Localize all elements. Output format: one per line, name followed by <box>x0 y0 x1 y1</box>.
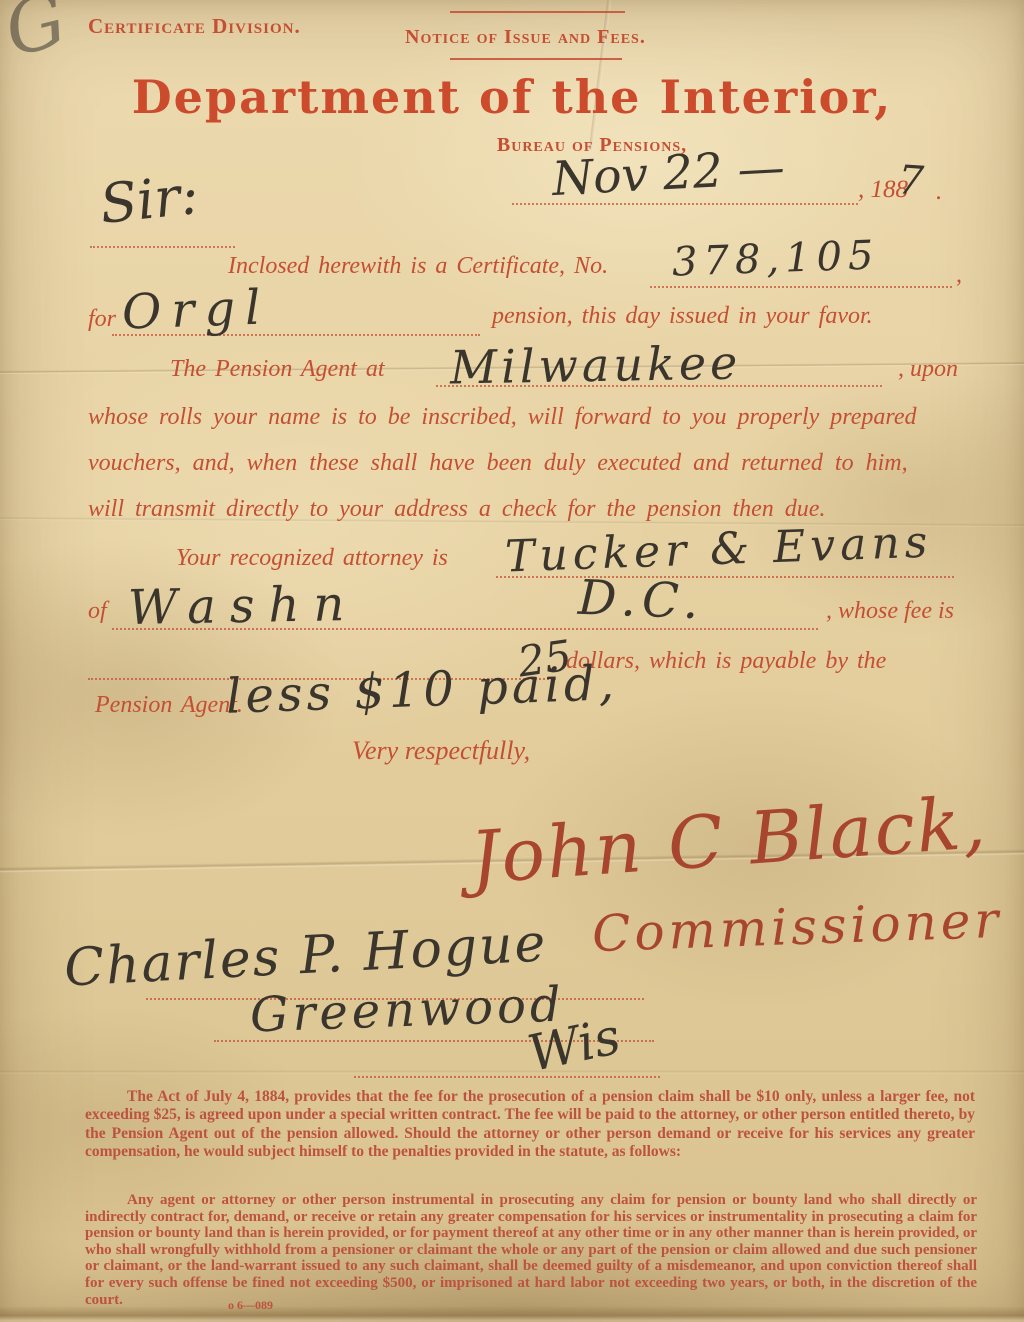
certificate-number-line <box>650 286 952 288</box>
closing-text: Very respectfully, <box>352 736 530 766</box>
attorney-label: Your recognized attorney is <box>176 545 448 572</box>
body-line-inclosed: Inclosed herewith is a Certificate, No. <box>228 253 608 280</box>
pension-type-handwritten: Orgl <box>121 279 271 340</box>
whose-fee-text: , whose fee is <box>826 598 954 625</box>
date-year-handwritten: 7 <box>896 157 925 205</box>
certificate-number: 378,105 <box>671 232 880 285</box>
attorney-state-handwritten: D.C. <box>577 570 705 630</box>
notice-heading: Notice of Issue and Fees. <box>405 26 646 49</box>
crease-line <box>0 1070 1024 1074</box>
agent-city-handwritten: Milwaukee <box>450 335 742 394</box>
paper-bottom-fold <box>0 1306 1024 1322</box>
legal-paragraph-1-text: The Act of July 4, 1884, provides that t… <box>85 1088 975 1162</box>
attorney-city-handwritten: Washn <box>128 576 359 636</box>
commissioner-signature: John C Black, <box>468 780 990 900</box>
margin-mark: G <box>0 0 75 74</box>
recipient-city: Greenwood <box>249 977 565 1044</box>
salutation-underline <box>90 246 235 248</box>
recipient-state-line <box>354 1076 660 1078</box>
attorney-name-handwritten: Tucker & Evans <box>504 517 933 583</box>
commissioner-title: Commissioner <box>591 891 1003 963</box>
legal-paragraph-1: The Act of July 4, 1884, provides that t… <box>85 1088 975 1162</box>
document-page: G Certificate Division. Notice of Issue … <box>0 0 1024 1322</box>
division-heading: Certificate Division. <box>88 14 301 39</box>
paragraph-line-4: will transmit directly to your address a… <box>88 496 825 523</box>
legal-paragraph-2-text: Any agent or attorney or other person in… <box>85 1192 977 1308</box>
for-label: for <box>88 306 116 333</box>
paragraph-line-3: vouchers, and, when these shall have bee… <box>88 450 908 477</box>
salutation: Sir: <box>97 163 201 236</box>
date-period: . <box>936 178 942 206</box>
printed-comma: , <box>956 262 962 289</box>
of-label: of <box>88 598 107 625</box>
notice-rule-bottom <box>450 58 622 60</box>
pension-issued-text: pension, this day issued in your favor. <box>492 303 873 330</box>
fee-note-handwritten: less $10 paid, <box>225 655 619 725</box>
pension-agent2-label: Pension Agent. <box>95 692 243 719</box>
notice-rule-top <box>450 11 625 13</box>
doc-title: Department of the Interior, <box>0 70 1024 124</box>
form-number: o 6—089 <box>228 1298 273 1313</box>
pension-agent-label: The Pension Agent at <box>170 356 385 383</box>
paragraph-line-2: whose rolls your name is to be inscribed… <box>88 404 917 431</box>
legal-paragraph-2: Any agent or attorney or other person in… <box>85 1192 977 1308</box>
upon-text: , upon <box>898 356 958 383</box>
date-handwritten: Nov 22 — <box>551 140 786 207</box>
